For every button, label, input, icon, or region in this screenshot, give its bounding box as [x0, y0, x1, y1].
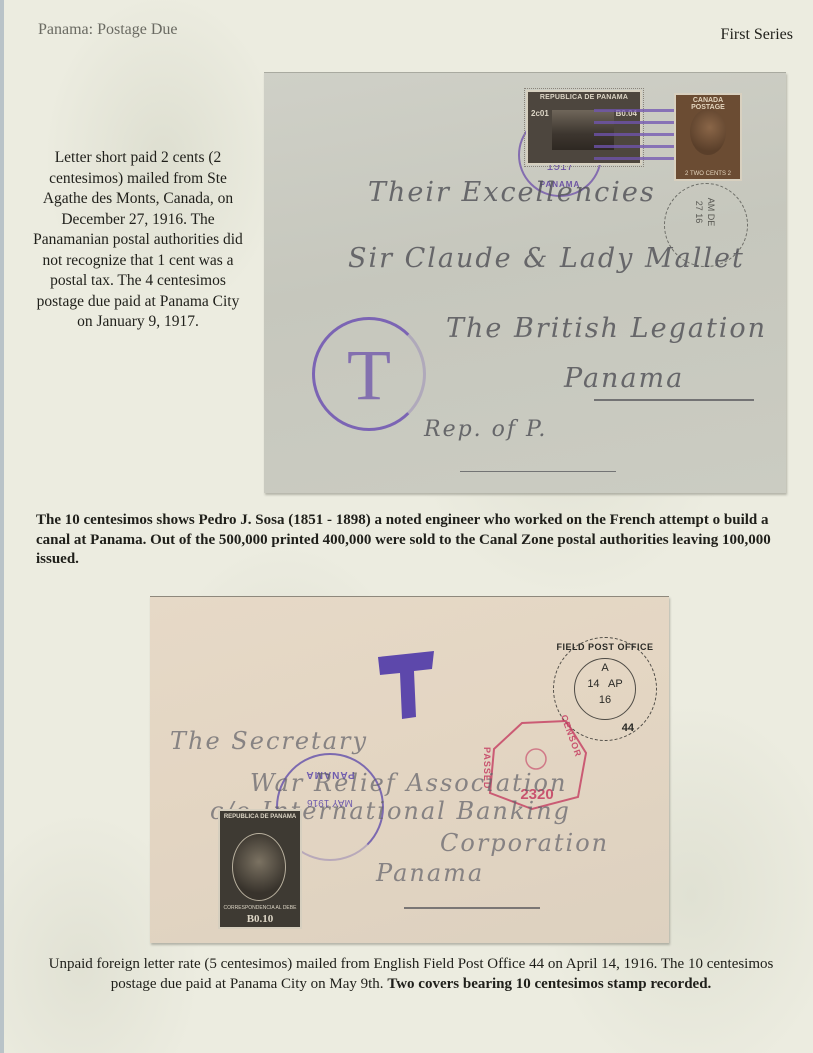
stamp-country-text: REPUBLICA DE PANAMA [220, 814, 300, 820]
page-left-edge [0, 0, 4, 1053]
pedro-sosa-portrait-image [232, 833, 286, 901]
canada-2c-stamp: CANADA POSTAGE 2 TWO CENTS 2 [674, 93, 742, 181]
fpo-ring-text: FIELD POST OFFICE [554, 642, 656, 652]
fpo-date: 14 AP [554, 678, 656, 690]
fpo-number: 44 [622, 722, 634, 734]
stamp-value-text: 2 TWO CENTS 2 [676, 171, 740, 177]
king-portrait-image [690, 109, 726, 155]
address-line: Panama [376, 859, 484, 887]
stamp-value-left: 2c01 [531, 109, 549, 118]
fpo-year: 16 [554, 694, 656, 706]
underline-stroke [460, 471, 616, 472]
panama-10c-postage-due-stamp: REPUBLICA DE PANAMA CORRESPONDENCIA AL D… [218, 809, 302, 929]
address-line: The British Legation [446, 313, 767, 344]
cover-2-envelope: FIELD POST OFFICE A 14 AP 16 44 PASSED C… [150, 596, 669, 943]
cover-1-envelope: 1917 PANAMA REPUBLICA DE PANAMA 2c01 B0.… [264, 72, 786, 493]
underline-stroke [404, 907, 540, 909]
canada-postmark-date: AM DE 27 16 [693, 192, 717, 232]
address-line: Sir Claude & Lady Mallet [348, 243, 745, 274]
cover-2-caption: Unpaid foreign letter rate (5 centesimos… [30, 955, 792, 994]
series-label: First Series [721, 26, 793, 44]
stamp-value-text: B0.10 [220, 913, 300, 925]
tax-t-circle-mark: T [312, 317, 426, 431]
fpo-letter: A [554, 662, 656, 674]
cover-1-caption: Letter short paid 2 cents (2 centesimos)… [28, 148, 248, 333]
stamp-sub-text: CORRESPONDENCIA AL DEBE [220, 905, 300, 911]
tax-t-handstamp [376, 649, 436, 721]
address-line: Corporation [440, 829, 609, 857]
stamp-country-text: REPUBLICA DE PANAMA [528, 94, 640, 101]
page-title: Panama: Postage Due [38, 21, 178, 39]
underline-stroke [594, 399, 754, 401]
address-line: Their Excellencies [368, 177, 656, 208]
tax-t-letter: T [315, 334, 423, 417]
address-line: War Relief Association [250, 769, 567, 797]
cover-2-caption-bold: Two covers bearing 10 centesimos stamp r… [387, 976, 711, 992]
address-line: The Secretary [170, 727, 368, 755]
address-line: Panama [564, 363, 684, 394]
address-line: Rep. of P. [424, 417, 547, 442]
stamp-description: The 10 centesimos shows Pedro J. Sosa (1… [36, 511, 806, 570]
